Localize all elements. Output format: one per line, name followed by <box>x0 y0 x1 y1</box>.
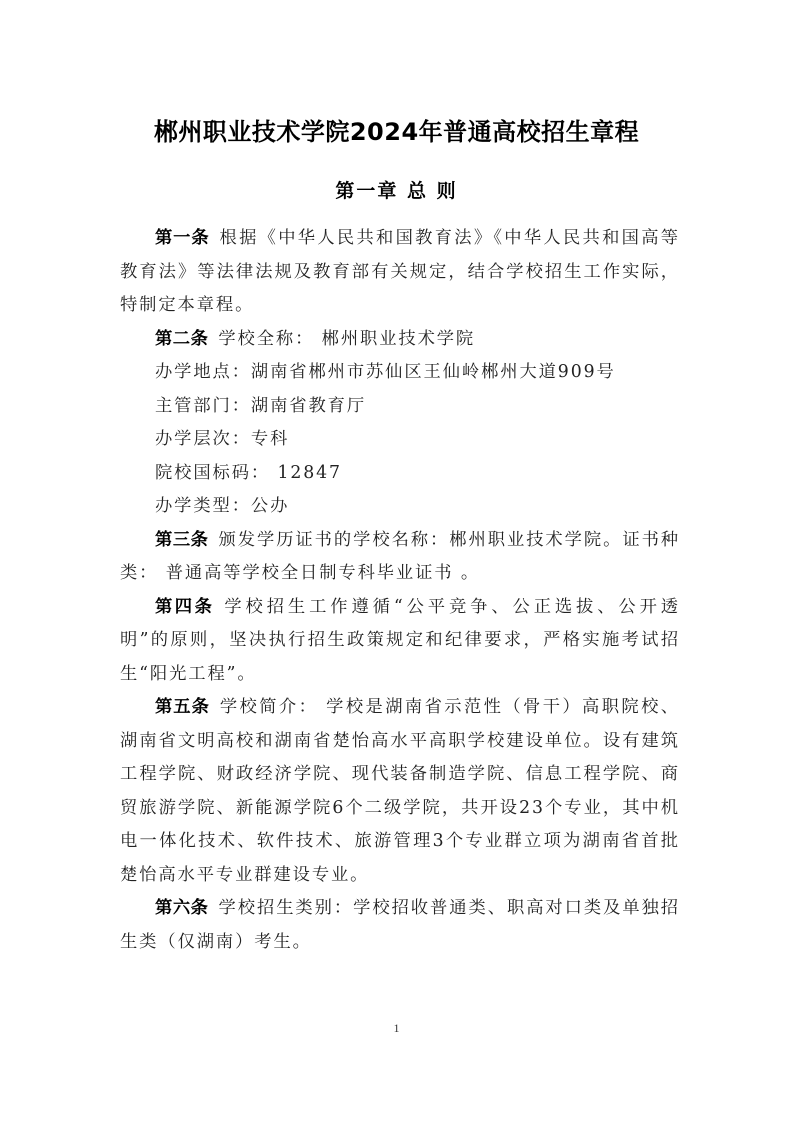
article-2: 第二条学校全称： 郴州职业技术学院 <box>120 323 680 357</box>
document-title: 郴州职业技术学院2024年普通高校招生章程 <box>0 112 793 147</box>
article-label: 第五条 <box>155 697 210 717</box>
article-label: 第二条 <box>155 329 208 349</box>
page-number: 1 <box>0 1021 793 1036</box>
article-6: 第六条学校招生类别：学校招收普通类、职高对口类及单独招生类（仅湖南）考生。 <box>120 892 680 959</box>
institution-code: 院校国标码： 12847 <box>120 457 680 491</box>
document-body: 第一条根据《中华人民共和国教育法》《中华人民共和国高等教育法》等法律法规及教育部… <box>120 222 680 959</box>
article-label: 第四条 <box>155 597 214 617</box>
education-level: 办学层次：专科 <box>120 423 680 457</box>
article-label: 第一条 <box>155 228 210 248</box>
article-text: 学校全称： 郴州职业技术学院 <box>218 329 475 349</box>
article-1: 第一条根据《中华人民共和国教育法》《中华人民共和国高等教育法》等法律法规及教育部… <box>120 222 680 323</box>
school-address: 办学地点：湖南省郴州市苏仙区王仙岭郴州大道909号 <box>120 356 680 390</box>
article-label: 第六条 <box>155 898 209 918</box>
article-label: 第三条 <box>155 530 209 550</box>
school-type: 办学类型：公办 <box>120 490 680 524</box>
article-3: 第三条颁发学历证书的学校名称：郴州职业技术学院。证书种类： 普通高等学校全日制专… <box>120 524 680 591</box>
chapter-heading: 第一章 总 则 <box>0 176 793 203</box>
article-text: 学校简介： 学校是湖南省示范性（骨干）高职院校、湖南省文明高校和湖南省楚怡高水平… <box>120 697 680 885</box>
document-page: 郴州职业技术学院2024年普通高校招生章程 第一章 总 则 第一条根据《中华人民… <box>0 0 793 1122</box>
article-4: 第四条学校招生工作遵循“公平竞争、公正选拔、公开透明”的原则，坚决执行招生政策规… <box>120 591 680 692</box>
supervising-department: 主管部门：湖南省教育厅 <box>120 390 680 424</box>
article-5: 第五条学校简介： 学校是湖南省示范性（骨干）高职院校、湖南省文明高校和湖南省楚怡… <box>120 691 680 892</box>
